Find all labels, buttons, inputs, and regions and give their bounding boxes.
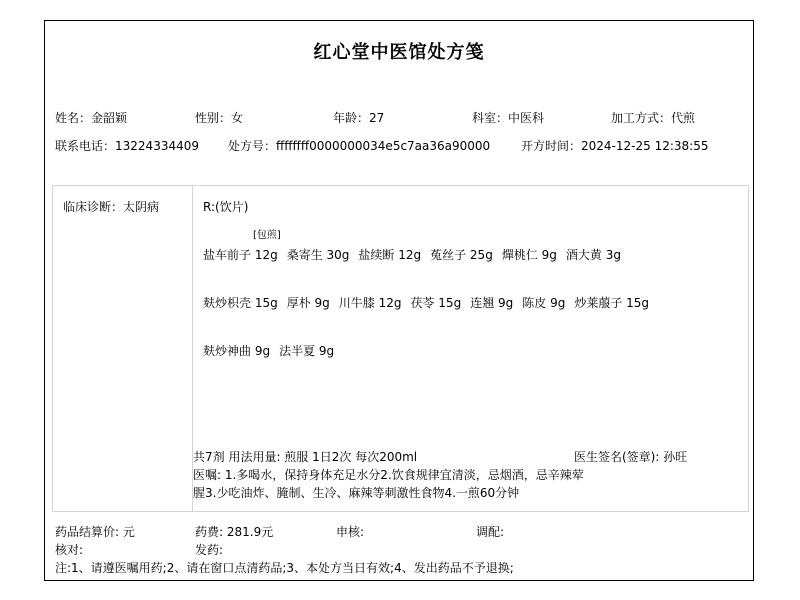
rx-time: 开方时间：2024-12-25 12:38:55 bbox=[521, 137, 708, 154]
herb-item: 酒大黄 3g bbox=[566, 248, 621, 262]
check: 核对: bbox=[55, 541, 83, 558]
dispense: 调配: bbox=[476, 523, 504, 540]
herb-item: 连翘 9g bbox=[470, 296, 513, 310]
herb-item: 川牛膝 12g bbox=[339, 296, 402, 310]
herb-item: 盐车前子 12g bbox=[203, 248, 278, 262]
herb-item: 燀桃仁 9g bbox=[502, 248, 557, 262]
herb-line-3: 麸炒神曲 9g法半夏 9g bbox=[203, 342, 343, 359]
rx-number: 处方号：ffffffff0000000034e5c7aa36a90000 bbox=[228, 137, 490, 154]
herb-item: 法半夏 9g bbox=[279, 344, 334, 358]
settle-price: 药品结算价: 元 bbox=[55, 523, 135, 540]
herb-item: 茯苓 15g bbox=[410, 296, 461, 310]
herb-item: 盐续断 12g bbox=[358, 248, 421, 262]
herb-item: 陈皮 9g bbox=[522, 296, 565, 310]
diagnosis: 临床诊断：太阴病 bbox=[63, 198, 159, 215]
usage-dosage: 共7剂 用法用量: 煎服 1日2次 每次200ml bbox=[193, 448, 417, 465]
decoct-tag: [包煎] bbox=[253, 226, 281, 241]
herb-item: 麸炒神曲 9g bbox=[203, 344, 270, 358]
herb-item: 桑寄生 30g bbox=[287, 248, 350, 262]
herb-item: 菟丝子 25g bbox=[430, 248, 493, 262]
herb-item: 厚朴 9g bbox=[287, 296, 330, 310]
department: 科室：中医科 bbox=[472, 109, 544, 126]
issue: 发药: bbox=[195, 541, 223, 558]
medical-advice: 医嘱: 1.多喝水，保持身体充足水分2.饮食规律宜清淡，忌烟酒，忌辛辣荤腥3.少… bbox=[193, 466, 593, 502]
patient-gender: 性别：女 bbox=[195, 109, 243, 126]
herb-line-1: 盐车前子 12g桑寄生 30g盐续断 12g菟丝子 25g燀桃仁 9g酒大黄 3… bbox=[203, 246, 630, 263]
herb-line-2: 麸炒枳壳 15g厚朴 9g川牛膝 12g茯苓 15g连翘 9g陈皮 9g炒莱菔子… bbox=[203, 294, 658, 311]
review: 申核: bbox=[336, 523, 364, 540]
herb-item: 麸炒枳壳 15g bbox=[203, 296, 278, 310]
page-title: 红心堂中医馆处方笺 bbox=[45, 38, 753, 64]
drug-fee: 药费: 281.9元 bbox=[195, 523, 273, 540]
doctor-signature: 医生签名(签章): 孙旺 bbox=[574, 448, 687, 465]
process-method: 加工方式：代煎 bbox=[611, 109, 695, 126]
prescription-sheet: 红心堂中医馆处方笺 姓名：金韶颖 性别：女 年龄：27 科室：中医科 加工方式：… bbox=[44, 20, 754, 581]
patient-age: 年龄：27 bbox=[333, 109, 384, 126]
phone: 联系电话：13224334409 bbox=[55, 137, 199, 154]
patient-name: 姓名：金韶颖 bbox=[55, 109, 127, 126]
rx-label: R:(饮片) bbox=[203, 198, 248, 215]
prescription-box: 临床诊断：太阴病 R:(饮片) [包煎] 盐车前子 12g桑寄生 30g盐续断 … bbox=[52, 185, 749, 512]
herb-item: 炒莱菔子 15g bbox=[574, 296, 649, 310]
